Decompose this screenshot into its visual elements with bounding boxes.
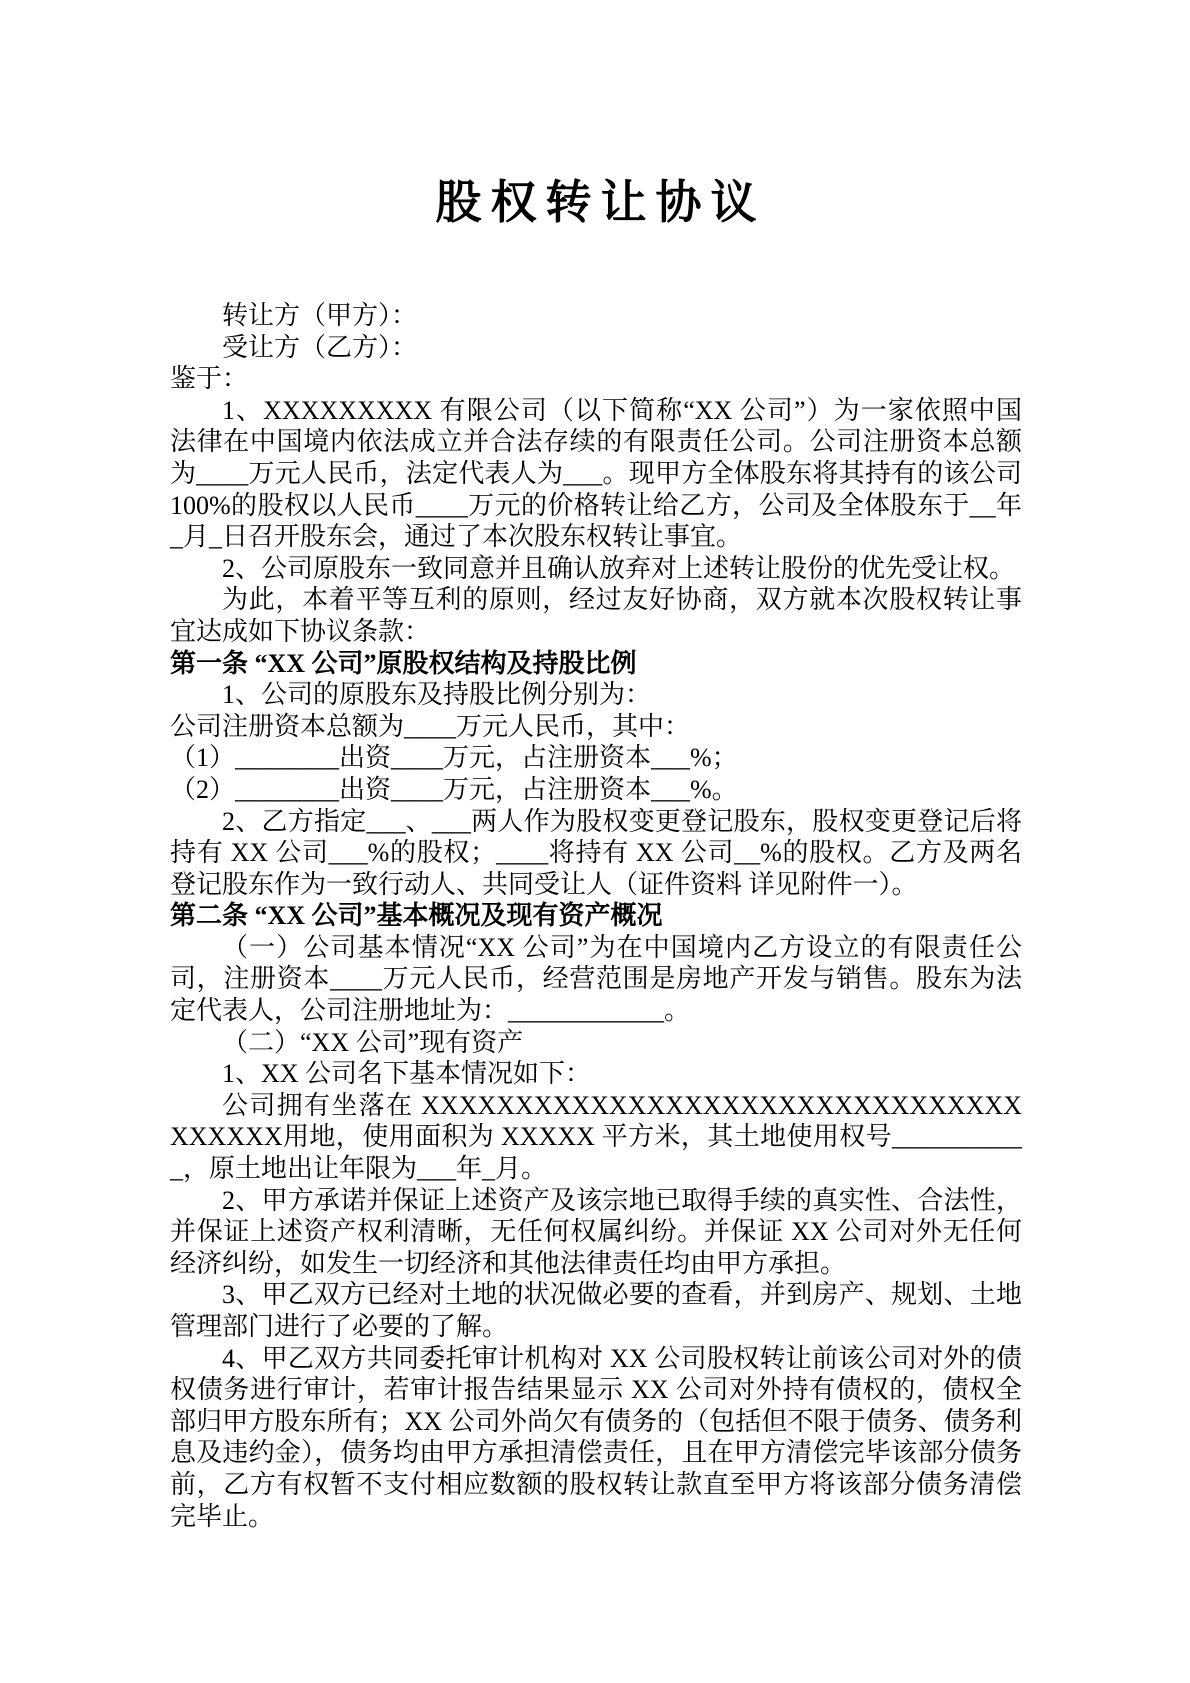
paragraph-party-line: 转让方（甲方）： — [170, 300, 1022, 332]
section-heading: 第二条 “XX 公司”基本概况及现有资产概况 — [170, 900, 1022, 932]
paragraph-recital: 1、XXXXXXXXX 有限公司（以下简称“XX 公司”）为一家依照中国法律在中… — [170, 395, 1022, 553]
paragraph-recital: 2、公司原股东一致同意并且确认放弃对上述转让股份的优先受让权。 — [170, 553, 1022, 585]
paragraph-clause: 公司拥有坐落在 XXXXXXXXXXXXXXXXXXXXXXXXXXXXXXXX… — [170, 1090, 1022, 1185]
paragraph-clause: 2、甲方承诺并保证上述资产及该宗地已取得手续的真实性、合法性，并保证上述资产权利… — [170, 1185, 1022, 1280]
paragraph-clause-item: （2）________出资____万元，占注册资本___%。 — [170, 774, 1022, 806]
paragraph-clause-item: （1）________出资____万元，占注册资本___%； — [170, 742, 1022, 774]
paragraph-clause: 公司注册资本总额为____万元人民币，其中： — [170, 711, 1022, 743]
paragraph-clause: 3、甲乙双方已经对土地的状况做必要的查看，并到房产、规划、土地管理部门进行了必要… — [170, 1279, 1022, 1342]
section-heading: 第一条 “XX 公司”原股权结构及持股比例 — [170, 648, 1022, 680]
paragraph-recital: 为此，本着平等互利的原则，经过友好协商，双方就本次股权转让事宜达成如下协议条款： — [170, 584, 1022, 647]
paragraph-clause: 1、XX 公司名下基本情况如下： — [170, 1058, 1022, 1090]
document-body: 转让方（甲方）：受让方（乙方）：鉴于：1、XXXXXXXXX 有限公司（以下简称… — [170, 300, 1022, 1532]
paragraph-clause: 1、公司的原股东及持股比例分别为： — [170, 679, 1022, 711]
document-page: 股权转让协议 转让方（甲方）：受让方（乙方）：鉴于：1、XXXXXXXXX 有限… — [0, 0, 1190, 1683]
paragraph-clause: （一）公司基本情况“XX 公司”为在中国境内乙方设立的有限责任公司，注册资本__… — [170, 932, 1022, 1027]
paragraph-party-line: 受让方（乙方）： — [170, 332, 1022, 364]
paragraph-whereas-label: 鉴于： — [170, 363, 1022, 395]
paragraph-clause: 2、乙方指定___、___两人作为股权变更登记股东，股权变更登记后将持有 XX … — [170, 806, 1022, 901]
paragraph-clause: （二）“XX 公司”现有资产 — [170, 1027, 1022, 1059]
document-title: 股权转让协议 — [170, 178, 1022, 228]
paragraph-clause: 4、甲乙双方共同委托审计机构对 XX 公司股权转让前该公司对外的债权债务进行审计… — [170, 1343, 1022, 1533]
